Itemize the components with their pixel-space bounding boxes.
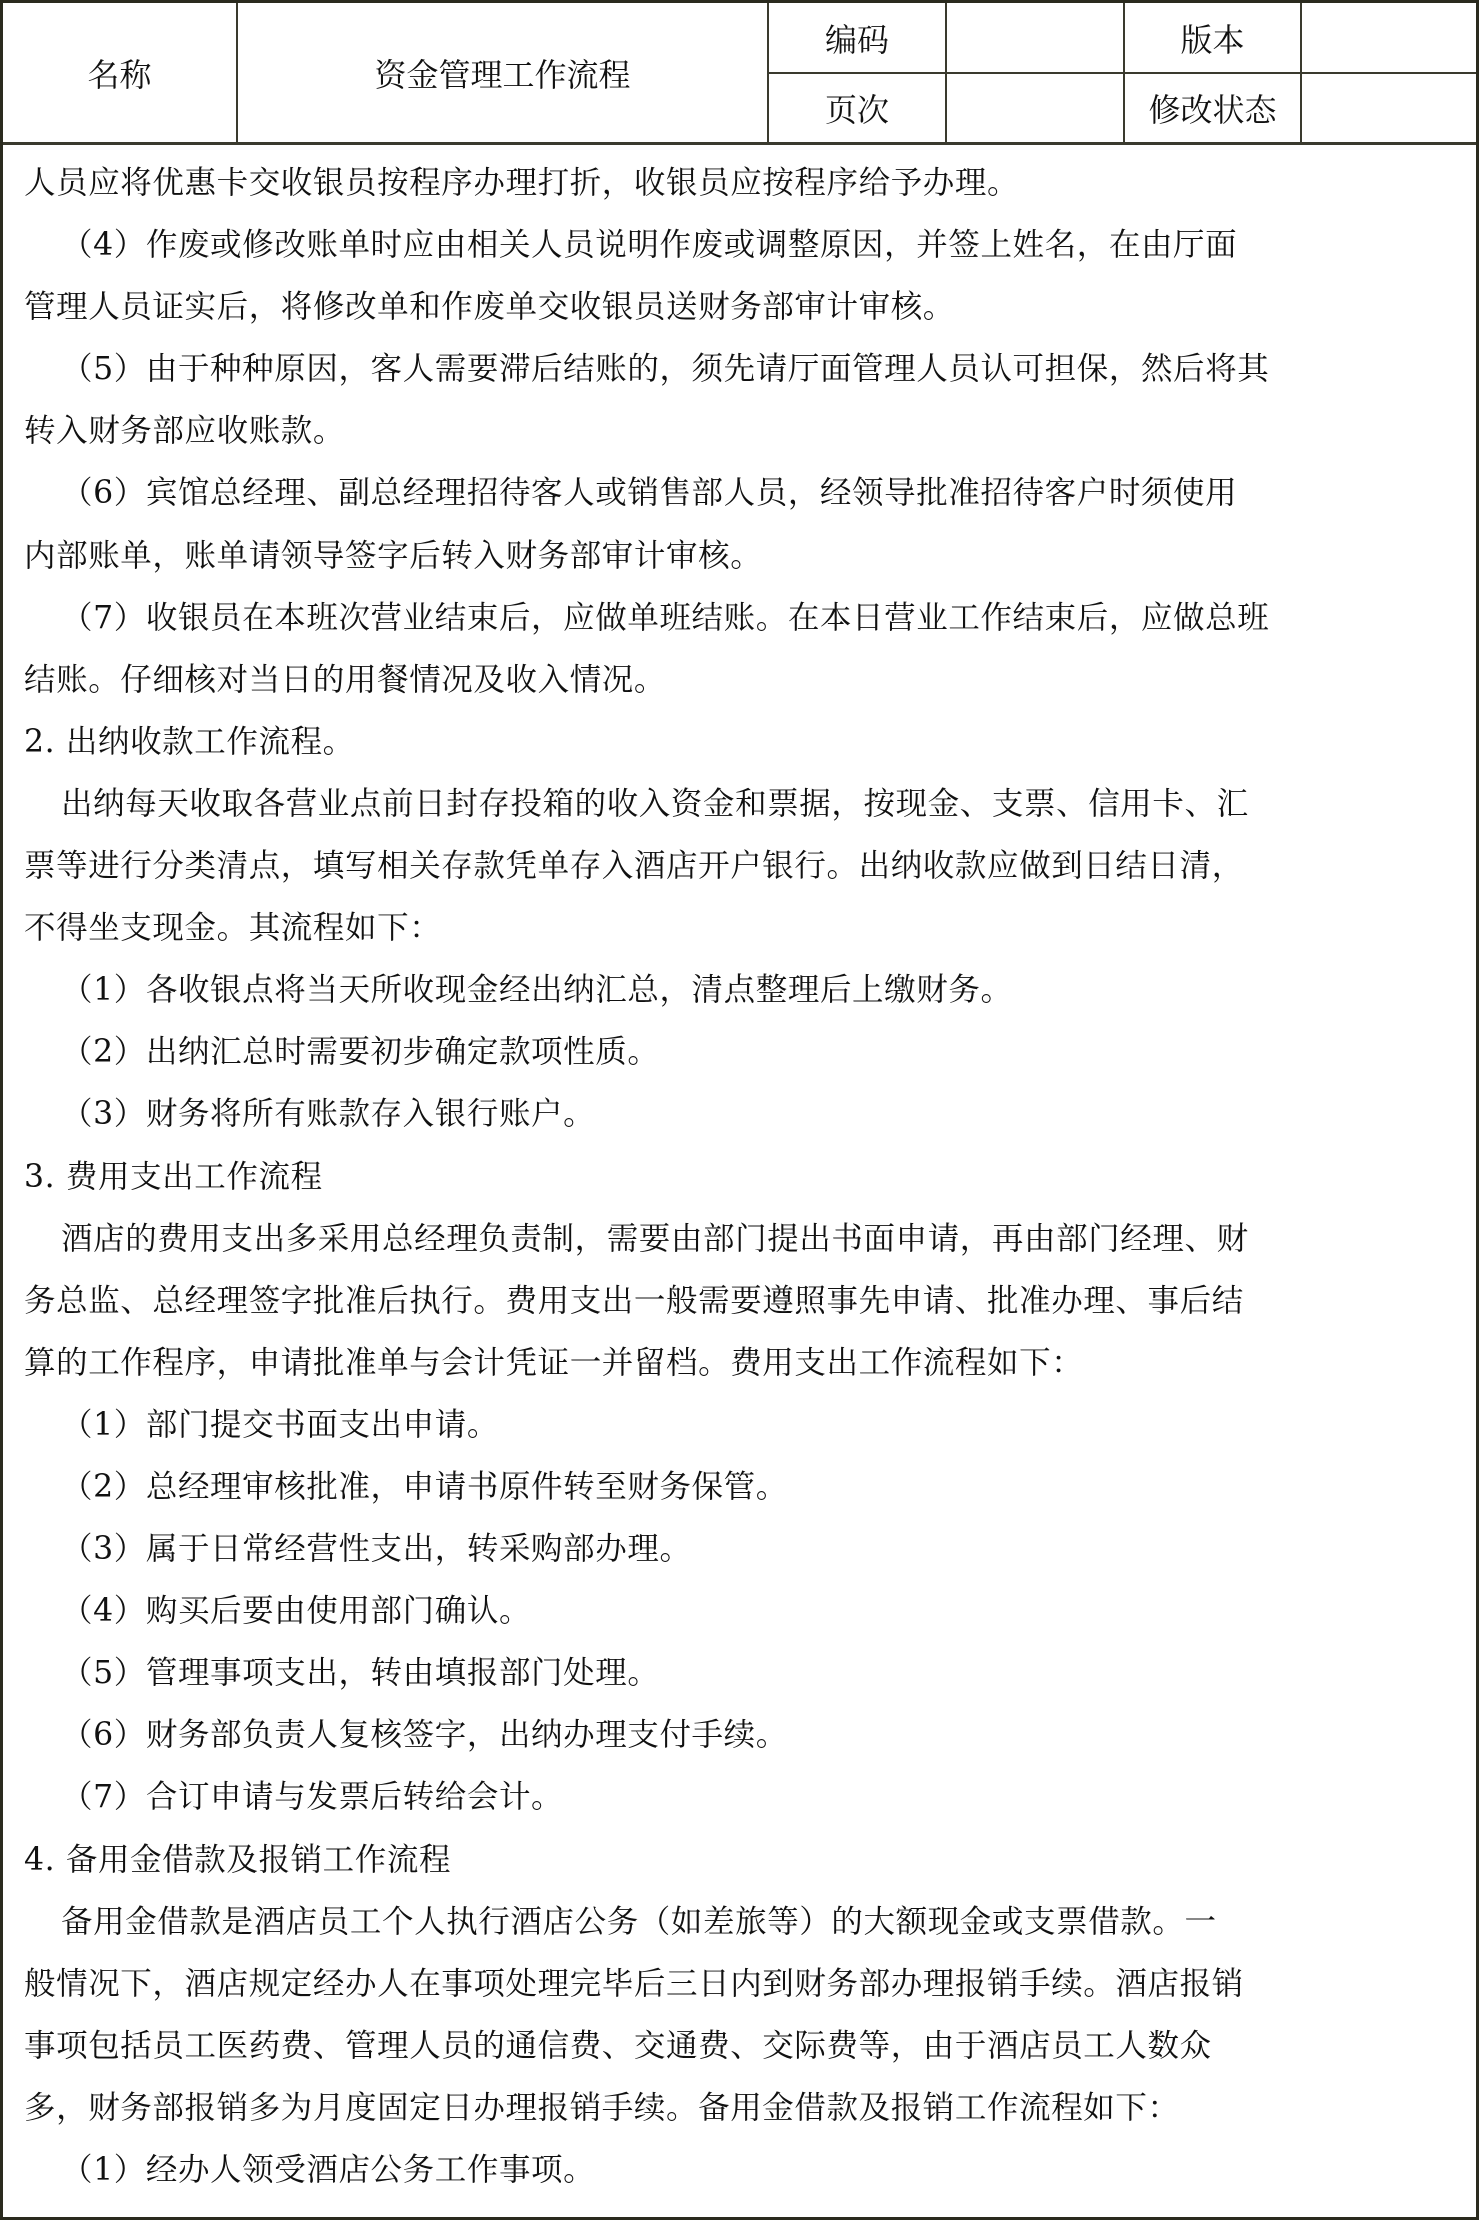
text-line: 多，财务部报销多为月度固定日办理报销手续。备用金借款及报销工作流程如下： bbox=[24, 2077, 1456, 2139]
text-line: 结账。仔细核对当日的用餐情况及收入情况。 bbox=[24, 649, 1456, 711]
revision-label: 修改状态 bbox=[1124, 73, 1301, 143]
text-line: （1）经办人领受酒店公务工作事项。 bbox=[24, 2139, 1456, 2201]
text-line: （4）购买后要由使用部门确认。 bbox=[24, 1580, 1456, 1642]
text-line: 备用金借款是酒店员工个人执行酒店公务（如差旅等）的大额现金或支票借款。一 bbox=[24, 1891, 1456, 1953]
document-body: 人员应将优惠卡交收银员按程序办理打折，收银员应按程序给予办理。（4）作废或修改账… bbox=[24, 152, 1456, 2201]
text-line: （5）管理事项支出，转由填报部门处理。 bbox=[24, 1642, 1456, 1704]
text-line: 算的工作程序，申请批准单与会计凭证一并留档。费用支出工作流程如下： bbox=[24, 1332, 1456, 1394]
text-line: 内部账单，账单请领导签字后转入财务部审计审核。 bbox=[24, 525, 1456, 587]
text-line: （6）财务部负责人复核签字，出纳办理支付手续。 bbox=[24, 1704, 1456, 1766]
text-line: 票等进行分类清点，填写相关存款凭单存入酒店开户银行。出纳收款应做到日结日清， bbox=[24, 835, 1456, 897]
text-line: （6）宾馆总经理、副总经理招待客人或销售部人员，经领导批准招待客户时须使用 bbox=[24, 462, 1456, 524]
text-line: 酒店的费用支出多采用总经理负责制，需要由部门提出书面申请，再由部门经理、财 bbox=[24, 1208, 1456, 1270]
text-line: 般情况下，酒店规定经办人在事项处理完毕后三日内到财务部办理报销手续。酒店报销 bbox=[24, 1953, 1456, 2015]
text-line: （7）合订申请与发票后转给会计。 bbox=[24, 1766, 1456, 1828]
document-title: 资金管理工作流程 bbox=[237, 3, 768, 143]
text-line: 4. 备用金借款及报销工作流程 bbox=[24, 1829, 1456, 1891]
text-line: （1）部门提交书面支出申请。 bbox=[24, 1394, 1456, 1456]
text-line: （4）作废或修改账单时应由相关人员说明作废或调整原因，并签上姓名，在由厅面 bbox=[24, 214, 1456, 276]
page-label: 页次 bbox=[768, 73, 946, 143]
text-line: 3. 费用支出工作流程 bbox=[24, 1146, 1456, 1208]
version-value bbox=[1301, 3, 1476, 73]
document-header-table: 名称 资金管理工作流程 编码 版本 页次 修改状态 bbox=[3, 3, 1476, 144]
name-label: 名称 bbox=[3, 3, 237, 143]
version-label: 版本 bbox=[1124, 3, 1301, 73]
text-line: （5）由于种种原因，客人需要滞后结账的，须先请厅面管理人员认可担保，然后将其 bbox=[24, 338, 1456, 400]
header-divider bbox=[3, 142, 1476, 145]
text-line: 不得坐支现金。其流程如下： bbox=[24, 897, 1456, 959]
code-value bbox=[946, 3, 1124, 73]
text-line: 管理人员证实后，将修改单和作废单交收银员送财务部审计审核。 bbox=[24, 276, 1456, 338]
code-label: 编码 bbox=[768, 3, 946, 73]
page-value bbox=[946, 73, 1124, 143]
text-line: 事项包括员工医药费、管理人员的通信费、交通费、交际费等，由于酒店员工人数众 bbox=[24, 2015, 1456, 2077]
text-line: （2）总经理审核批准，申请书原件转至财务保管。 bbox=[24, 1456, 1456, 1518]
text-line: 转入财务部应收账款。 bbox=[24, 400, 1456, 462]
text-line: 务总监、总经理签字批准后执行。费用支出一般需要遵照事先申请、批准办理、事后结 bbox=[24, 1270, 1456, 1332]
text-line: （1）各收银点将当天所收现金经出纳汇总，清点整理后上缴财务。 bbox=[24, 959, 1456, 1021]
text-line: （2）出纳汇总时需要初步确定款项性质。 bbox=[24, 1021, 1456, 1083]
text-line: （3）财务将所有账款存入银行账户。 bbox=[24, 1083, 1456, 1145]
text-line: 人员应将优惠卡交收银员按程序办理打折，收银员应按程序给予办理。 bbox=[24, 152, 1456, 214]
text-line: （3）属于日常经营性支出，转采购部办理。 bbox=[24, 1518, 1456, 1580]
revision-value bbox=[1301, 73, 1476, 143]
text-line: （7）收银员在本班次营业结束后，应做单班结账。在本日营业工作结束后，应做总班 bbox=[24, 587, 1456, 649]
text-line: 出纳每天收取各营业点前日封存投箱的收入资金和票据，按现金、支票、信用卡、汇 bbox=[24, 773, 1456, 835]
text-line: 2. 出纳收款工作流程。 bbox=[24, 711, 1456, 773]
